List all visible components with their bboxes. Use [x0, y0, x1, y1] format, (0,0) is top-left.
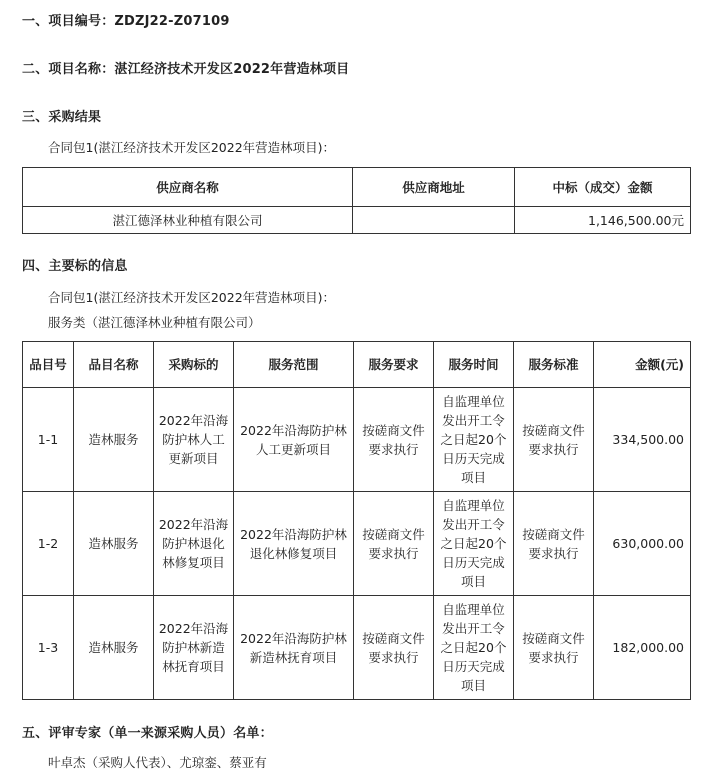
- item-scope: 2022年沿海防护林退化林修复项目: [234, 492, 354, 596]
- award-amount: 1,146,500.00元: [515, 207, 691, 234]
- header-time: 服务时间: [434, 342, 514, 388]
- section-experts: 五、评审专家（单一来源采购人员）名单：: [22, 722, 273, 741]
- items-package-label: 合同包1(湛江经济技术开发区2022年营造林项目)：: [48, 288, 335, 306]
- table-row: 湛江德泽林业种植有限公司 1,146,500.00元: [23, 207, 691, 234]
- header-supplier-address: 供应商地址: [353, 168, 515, 207]
- table-row: 1-2 造林服务 2022年沿海防护林退化林修复项目 2022年沿海防护林退化林…: [23, 492, 691, 596]
- result-table-header: 供应商名称 供应商地址 中标（成交）金额: [23, 168, 691, 207]
- header-requirement: 服务要求: [354, 342, 434, 388]
- header-scope: 服务范围: [234, 342, 354, 388]
- item-amount: 334,500.00: [594, 388, 691, 492]
- item-amount: 182,000.00: [594, 596, 691, 700]
- section-main-items: 四、主要标的信息: [22, 255, 128, 274]
- header-target: 采购标的: [154, 342, 234, 388]
- section-procurement-result: 三、采购结果: [22, 106, 101, 125]
- supplier-name: 湛江德泽林业种植有限公司: [23, 207, 353, 234]
- experts-names: 叶卓杰（采购人代表）、尤琼銮、蔡亚有: [48, 753, 267, 771]
- table-row: 1-1 造林服务 2022年沿海防护林人工更新项目 2022年沿海防护林人工更新…: [23, 388, 691, 492]
- items-table: 品目号 品目名称 采购标的 服务范围 服务要求 服务时间 服务标准 金额(元) …: [22, 341, 691, 700]
- header-item-no: 品目号: [23, 342, 74, 388]
- item-no: 1-2: [23, 492, 74, 596]
- item-standard: 按磋商文件要求执行: [514, 492, 594, 596]
- items-table-header: 品目号 品目名称 采购标的 服务范围 服务要求 服务时间 服务标准 金额(元): [23, 342, 691, 388]
- item-scope: 2022年沿海防护林人工更新项目: [234, 388, 354, 492]
- item-time: 自监理单位发出开工令之日起20个日历天完成项目: [434, 596, 514, 700]
- header-amount: 金额(元): [594, 342, 691, 388]
- supplier-address: [353, 207, 515, 234]
- item-requirement: 按磋商文件要求执行: [354, 492, 434, 596]
- item-target: 2022年沿海防护林退化林修复项目: [154, 492, 234, 596]
- section-project-name: 二、项目名称：湛江经济技术开发区2022年营造林项目: [22, 58, 349, 77]
- item-scope: 2022年沿海防护林新造林抚育项目: [234, 596, 354, 700]
- item-name: 造林服务: [74, 388, 154, 492]
- section-project-number: 一、项目编号：ZDZJ22-Z07109: [22, 10, 230, 29]
- item-no: 1-3: [23, 596, 74, 700]
- items-category-label: 服务类（湛江德泽林业种植有限公司）: [48, 313, 261, 331]
- header-supplier-name: 供应商名称: [23, 168, 353, 207]
- item-requirement: 按磋商文件要求执行: [354, 388, 434, 492]
- item-target: 2022年沿海防护林人工更新项目: [154, 388, 234, 492]
- item-no: 1-1: [23, 388, 74, 492]
- result-table: 供应商名称 供应商地址 中标（成交）金额 湛江德泽林业种植有限公司 1,146,…: [22, 167, 691, 234]
- header-award-amount: 中标（成交）金额: [515, 168, 691, 207]
- item-target: 2022年沿海防护林新造林抚育项目: [154, 596, 234, 700]
- header-item-name: 品目名称: [74, 342, 154, 388]
- header-standard: 服务标准: [514, 342, 594, 388]
- item-standard: 按磋商文件要求执行: [514, 596, 594, 700]
- table-row: 1-3 造林服务 2022年沿海防护林新造林抚育项目 2022年沿海防护林新造林…: [23, 596, 691, 700]
- item-name: 造林服务: [74, 492, 154, 596]
- item-time: 自监理单位发出开工令之日起20个日历天完成项目: [434, 388, 514, 492]
- item-requirement: 按磋商文件要求执行: [354, 596, 434, 700]
- item-time: 自监理单位发出开工令之日起20个日历天完成项目: [434, 492, 514, 596]
- item-standard: 按磋商文件要求执行: [514, 388, 594, 492]
- item-name: 造林服务: [74, 596, 154, 700]
- result-package-label: 合同包1(湛江经济技术开发区2022年营造林项目)：: [48, 138, 335, 156]
- item-amount: 630,000.00: [594, 492, 691, 596]
